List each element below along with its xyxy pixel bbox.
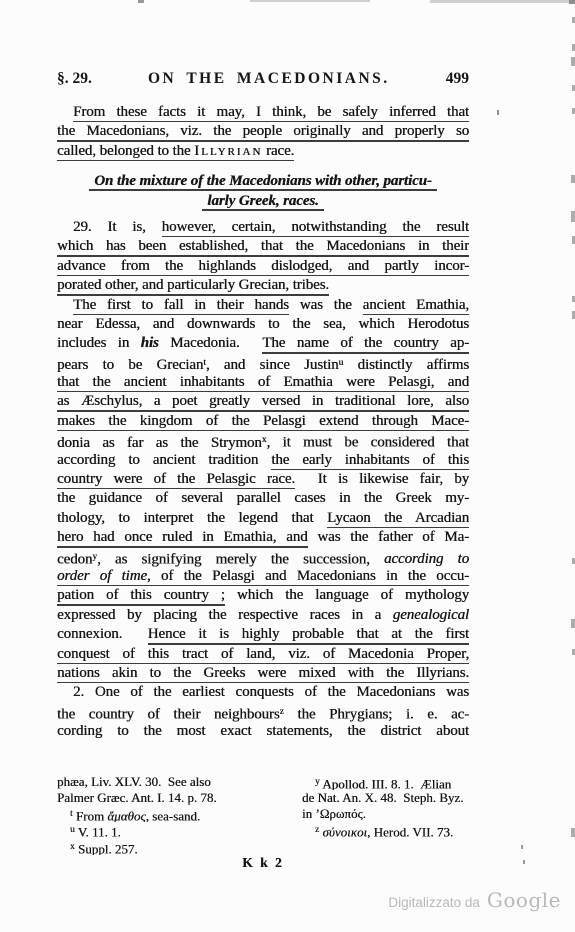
text-segment: σύνοικοι — [322, 825, 367, 839]
text-segment: V. 11. 1. — [75, 825, 121, 839]
google-logo: Google — [487, 888, 561, 912]
text-segment: advance from the highlands dislodged, an… — [57, 258, 469, 276]
text-segment: makes the kingdom of the Pelasgi extend … — [57, 413, 469, 431]
text-segment: donia as far as the Strymon — [57, 435, 262, 451]
text-line: 2. One of the earliest conquests of the … — [57, 683, 469, 702]
text-line: which has been established, that the Mac… — [57, 237, 469, 256]
text-segment: , sea-sand. — [146, 809, 201, 823]
text-segment: On the mixture of the Macedonians with o… — [89, 173, 437, 191]
scan-artifact — [521, 845, 523, 849]
scan-artifact — [250, 0, 370, 2]
scan-artifact — [571, 619, 575, 628]
paragraph: The first to fall in their hands was the… — [57, 296, 469, 684]
text-line: larly Greek, races. — [57, 192, 469, 211]
text-segment: , of the Pelasgi and Macedonians in the … — [147, 568, 469, 586]
text-line: porated other, and particularly Grecian,… — [57, 276, 469, 295]
page-number: 499 — [446, 70, 469, 88]
text-segment: porated other, and particularly Grecian,… — [57, 277, 329, 295]
scan-artifact — [569, 0, 575, 4]
text-segment: From — [73, 809, 108, 823]
text-line: cording to the most exact statements, th… — [57, 722, 469, 741]
text-segment: hero had once ruled in Emathia, and — [57, 529, 308, 547]
text-segment: Lycaon the Arcadian — [327, 510, 469, 528]
text-segment: Macedonia. — [159, 335, 263, 351]
digitization-watermark: Digitalizzato da Google — [388, 888, 561, 912]
text-line: as Æschylus, a poet greatly versed in tr… — [57, 392, 469, 411]
page-content: §. 29. ON THE MACEDONIANS. 499 From thes… — [57, 70, 469, 871]
body-text: From these facts it may, I think, be saf… — [57, 103, 469, 742]
scan-artifact — [523, 860, 525, 864]
scan-artifact — [138, 0, 144, 3]
section-mark: §. 29. — [57, 70, 92, 88]
text-segment: the Phrygians; i. e. ac- — [284, 706, 469, 722]
text-segment: larly Greek, races. — [202, 193, 323, 211]
running-header: §. 29. ON THE MACEDONIANS. 499 — [57, 70, 469, 90]
footnote-column-left: phæa, Liv. XLV. 30. See alsoPalmer Græc.… — [57, 774, 302, 855]
text-segment: nations akin to the Greeks were mixed wi… — [57, 665, 469, 683]
text-line: pears to be Greciant, and since Justinu … — [57, 354, 469, 373]
footnotes: phæa, Liv. XLV. 30. See alsoPalmer Græc.… — [57, 774, 469, 855]
text-segment: the early inhabitants of this — [271, 452, 469, 470]
text-line: in ’Ωρωπός. — [302, 806, 469, 822]
text-segment: in ’Ωρωπός. — [302, 806, 366, 821]
text-line: z σύνοικοι, Herod. VII. 73. — [302, 822, 469, 838]
text-segment: the Macedonians, viz. the people origina… — [57, 123, 469, 141]
text-segment: the country of their neighbours — [57, 706, 280, 722]
scanned-book-page: §. 29. ON THE MACEDONIANS. 499 From thes… — [0, 0, 575, 932]
text-segment: pation of this country ; — [57, 587, 225, 605]
text-line: On the mixture of the Macedonians with o… — [57, 172, 469, 191]
scan-artifact — [497, 110, 499, 115]
scan-artifact — [571, 211, 575, 222]
text-line: makes the kingdom of the Pelasgi extend … — [57, 412, 469, 431]
text-segment: It is likewise fair, by — [295, 471, 469, 487]
text-line: includes in his Macedonia. The name of t… — [57, 334, 469, 353]
text-line: thology, to interpret the legend that Ly… — [57, 509, 469, 528]
text-segment: From these facts it may, I think, be saf… — [73, 104, 469, 122]
text-line: according to ancient tradition the early… — [57, 451, 469, 470]
text-line: de Nat. An. X. 48. Steph. Byz. — [302, 790, 469, 806]
scan-artifact — [571, 828, 575, 837]
text-segment: 29. It is, — [73, 219, 162, 235]
text-segment: was the — [289, 297, 363, 313]
text-segment: pears to be Grecian — [57, 357, 203, 373]
text-segment: the guidance of several parallel cases i… — [57, 490, 469, 506]
text-segment: expressed by placing the respective race… — [57, 607, 393, 623]
text-segment: however, certain, notwithstanding the re… — [162, 219, 469, 237]
text-segment: that the ancient inhabitants of Emathia … — [57, 374, 469, 392]
text-segment: according to ancient tradition — [57, 452, 271, 468]
text-line: u V. 11. 1. — [57, 822, 302, 838]
text-segment: country were of the Pelasgic race. — [57, 471, 295, 489]
text-line: hero had once ruled in Emathia, and was … — [57, 528, 469, 547]
text-line: expressed by placing the respective race… — [57, 606, 469, 625]
text-line: near Edessa, and downwards to the sea, w… — [57, 315, 469, 334]
text-segment: thology, to interpret the legend that — [57, 510, 327, 526]
text-line: nations akin to the Greeks were mixed wi… — [57, 664, 469, 683]
text-segment: genealogical — [393, 607, 469, 623]
text-segment: , and since Justin — [206, 357, 339, 373]
text-line: country were of the Pelasgic race. It is… — [57, 470, 469, 489]
text-segment: according to — [384, 551, 469, 567]
text-segment: ancient Emathia, — [363, 297, 469, 315]
text-segment: 2. One of the earliest conquests of the … — [73, 684, 469, 700]
paragraph: 2. One of the earliest conquests of the … — [57, 683, 469, 741]
text-line: the country of their neighboursz the Phr… — [57, 703, 469, 722]
text-segment: which the language of mythology — [225, 587, 469, 603]
text-line: From these facts it may, I think, be saf… — [57, 103, 469, 122]
text-line: y Apollod. III. 8. 1. Ælian — [302, 774, 469, 790]
text-segment: ἄμαθος — [107, 809, 145, 823]
text-segment: as Æschylus, a poet greatly versed in tr… — [57, 393, 469, 411]
text-segment: called, belonged to the — [57, 143, 194, 161]
text-line: x Suppl. 257. — [57, 839, 302, 855]
paragraph: From these facts it may, I think, be saf… — [57, 103, 469, 161]
text-line: called, belonged to the Illyrian race. — [57, 142, 469, 161]
text-segment: order of time — [57, 568, 147, 586]
text-line: order of time, of the Pelasgi and Macedo… — [57, 567, 469, 586]
text-segment: cedon — [57, 551, 92, 567]
text-segment: conquest of this tract of land, viz. of … — [57, 646, 469, 664]
signature-mark: K k 2 — [57, 855, 469, 871]
text-segment: , it must be considered that — [266, 435, 469, 451]
text-segment: near Edessa, and downwards to the sea, w… — [57, 316, 469, 332]
text-segment: , as signifying merely the succession, — [97, 551, 384, 567]
text-line: 29. It is, however, certain, notwithstan… — [57, 218, 469, 237]
text-line: connexion. Hence it is highly probable t… — [57, 625, 469, 644]
text-line: Palmer Græc. Ant. I. 14. p. 78. — [57, 790, 302, 806]
text-line: conquest of this tract of land, viz. of … — [57, 645, 469, 664]
text-segment: phæa, Liv. XLV. 30. See also — [57, 774, 211, 789]
text-segment: Illyrian — [194, 143, 262, 161]
text-segment: Hence it is highly probable that at the … — [148, 626, 469, 644]
paragraph: 29. It is, however, certain, notwithstan… — [57, 218, 469, 296]
text-segment: , Herod. VII. 73. — [367, 825, 453, 839]
text-line: the guidance of several parallel cases i… — [57, 489, 469, 508]
text-segment: his — [141, 335, 159, 351]
text-segment: race. — [262, 143, 294, 161]
section-heading: On the mixture of the Macedonians with o… — [57, 172, 469, 211]
text-line: advance from the highlands dislodged, an… — [57, 257, 469, 276]
text-segment: cording to the most exact statements, th… — [57, 723, 469, 739]
text-line: phæa, Liv. XLV. 30. See also — [57, 774, 302, 790]
text-segment: distinctly affirms — [343, 357, 469, 373]
watermark-text: Digitalizzato da — [388, 895, 480, 910]
scan-artifact — [571, 175, 575, 183]
text-segment: which has been established, that the Mac… — [57, 238, 469, 256]
text-segment: Suppl. 257. — [75, 841, 138, 855]
text-segment: Palmer Græc. Ant. I. 14. p. 78. — [57, 790, 217, 805]
text-segment: was the father of Ma- — [308, 529, 470, 545]
text-line: donia as far as the Strymonx, it must be… — [57, 431, 469, 450]
text-line: t From ἄμαθος, sea-sand. — [57, 806, 302, 822]
text-segment: de Nat. An. X. 48. Steph. Byz. — [302, 790, 463, 805]
footnote-column-right: y Apollod. III. 8. 1. Æliande Nat. An. X… — [302, 774, 469, 855]
text-segment: The first to fall in their hands — [73, 297, 289, 315]
page-title: ON THE MACEDONIANS. — [92, 70, 446, 88]
text-line: pation of this country ; which the langu… — [57, 586, 469, 605]
text-line: cedony, as signifying merely the success… — [57, 548, 469, 567]
text-segment: The name of the country ap- — [262, 335, 469, 353]
scan-artifact — [430, 0, 575, 3]
text-segment: connexion. — [57, 626, 148, 642]
text-segment: includes in — [57, 335, 141, 351]
text-line: the Macedonians, viz. the people origina… — [57, 122, 469, 141]
text-line: The first to fall in their hands was the… — [57, 296, 469, 315]
scan-artifact — [571, 57, 575, 66]
text-line: that the ancient inhabitants of Emathia … — [57, 373, 469, 392]
text-segment: Apollod. III. 8. 1. Ælian — [320, 776, 451, 790]
